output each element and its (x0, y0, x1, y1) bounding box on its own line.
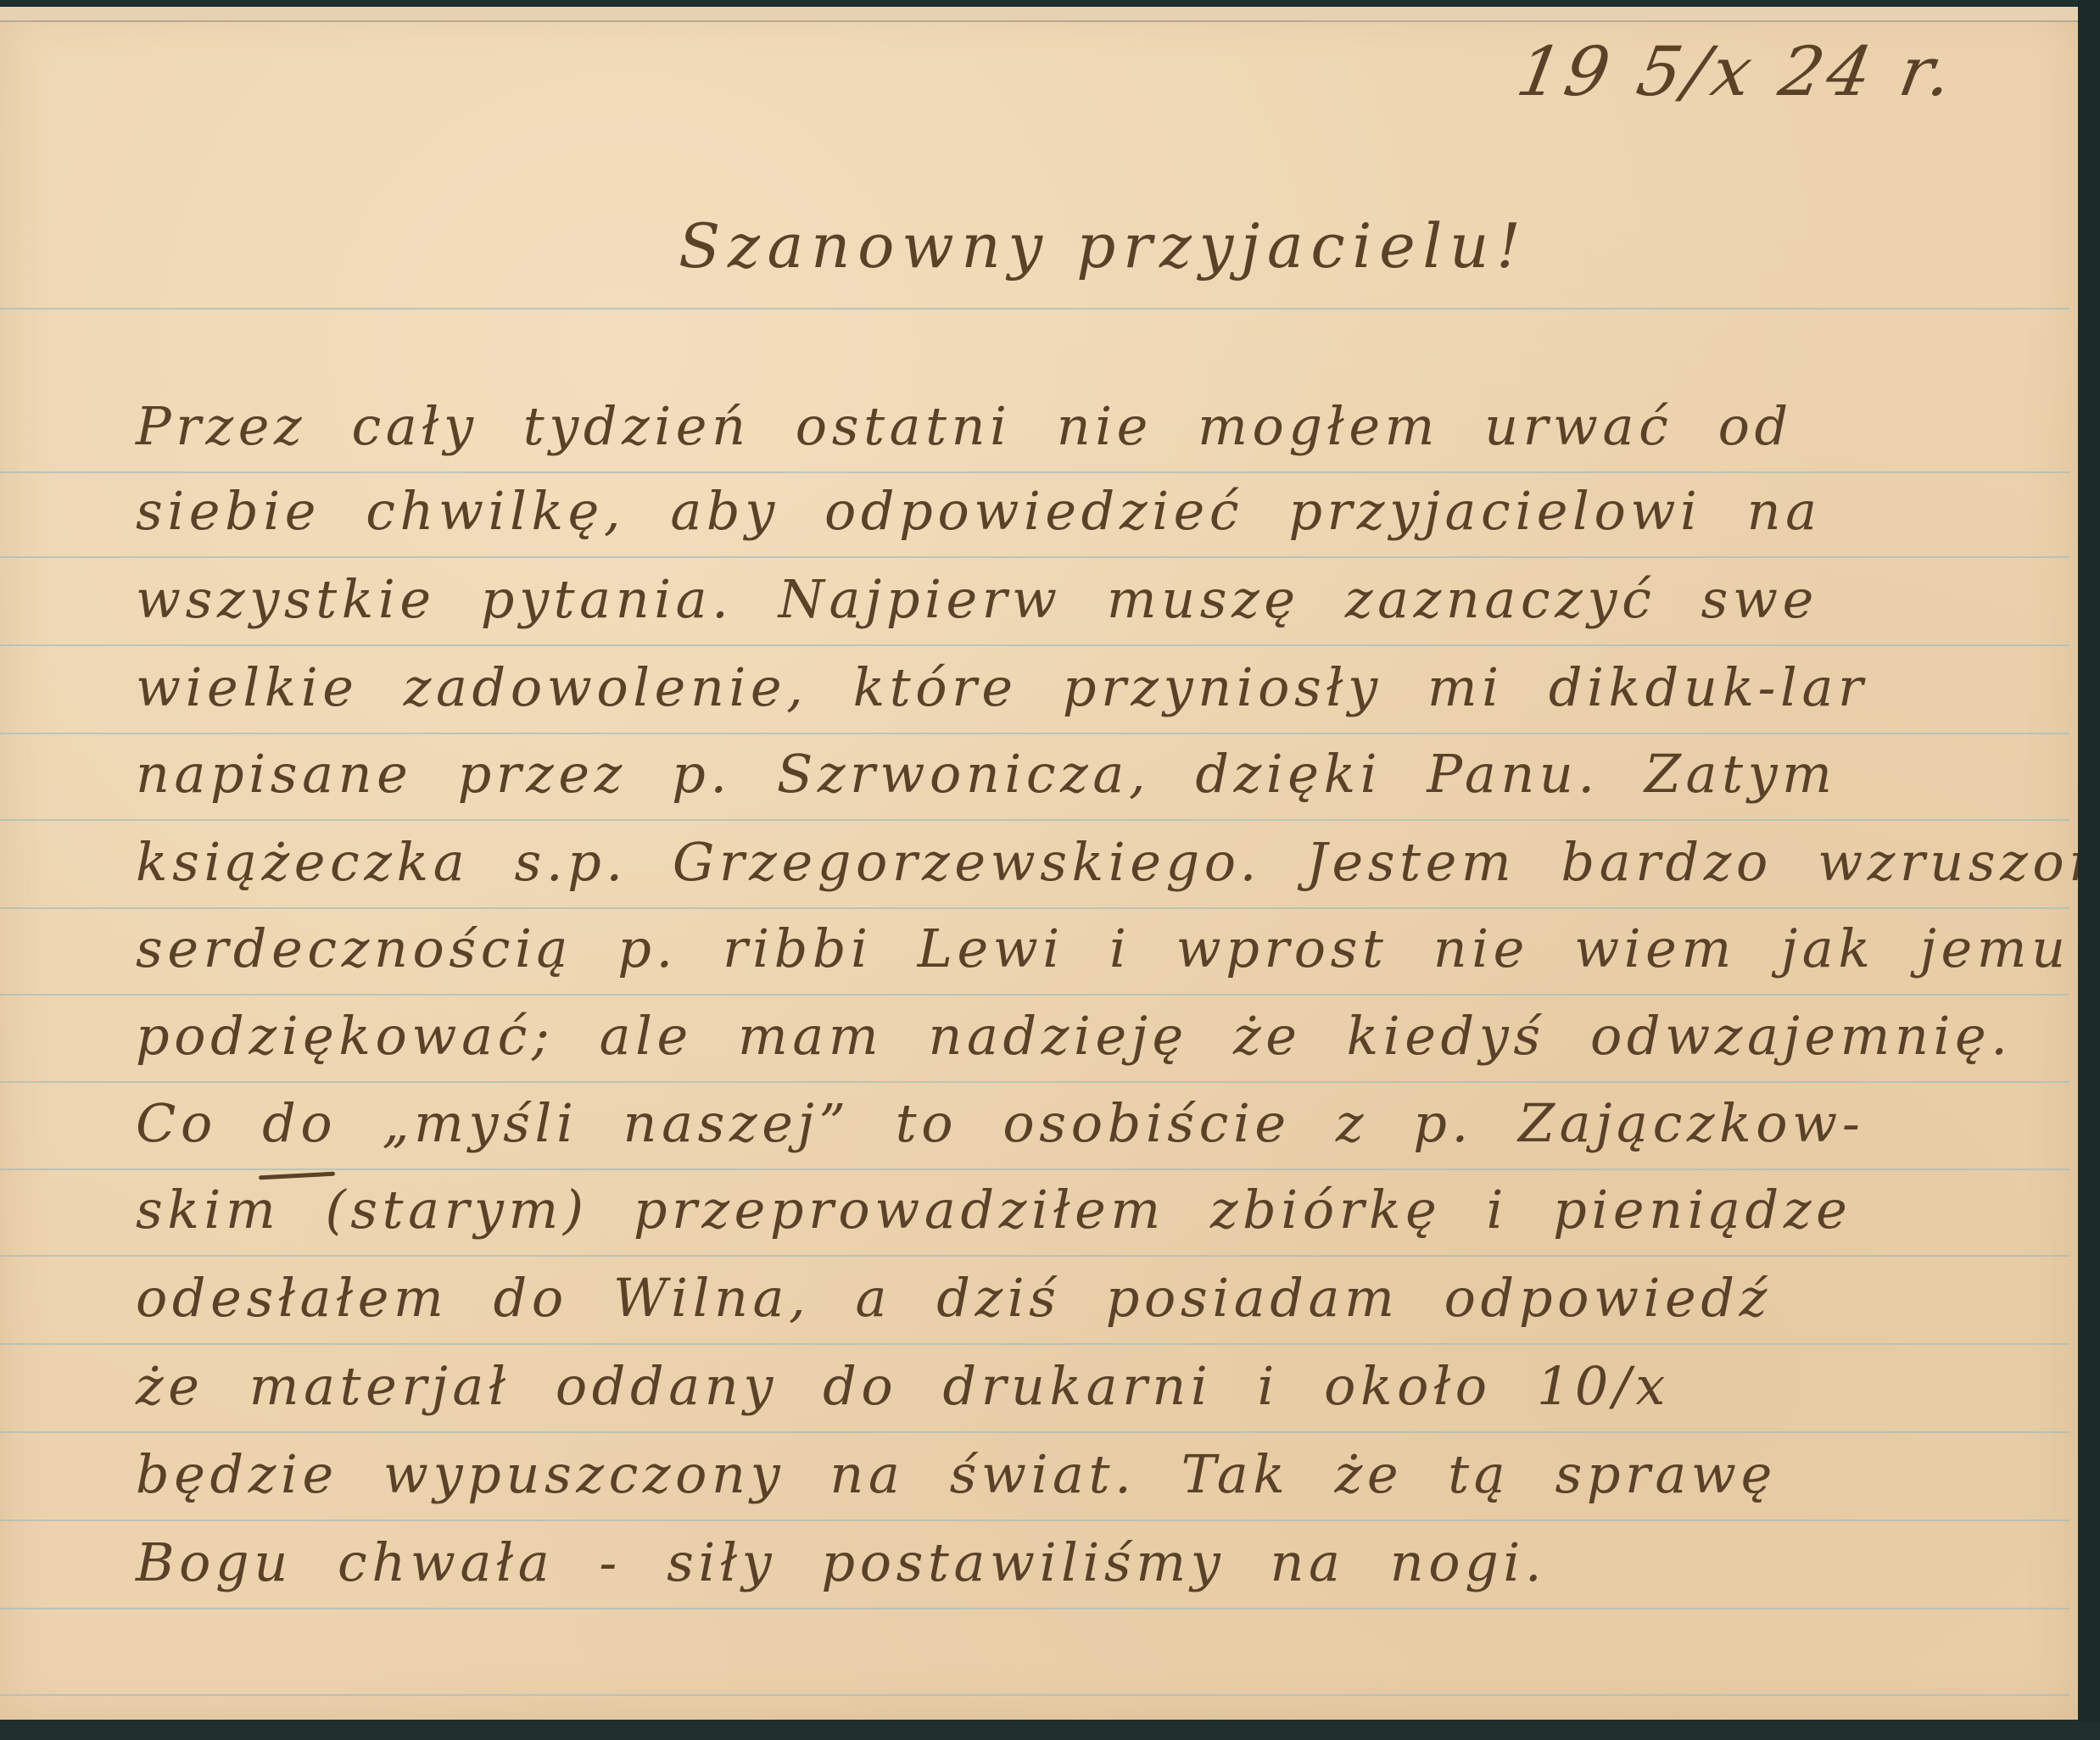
ruled-line (0, 1168, 2069, 1170)
document-frame: 19 5/x 24 r. Szanowny przyjacielu! Przez… (0, 0, 2100, 1740)
letter-line-11: odesłałem do Wilna, a dziś posiadam odpo… (136, 1267, 1772, 1329)
letter-line-1: Przez cały tydzień ostatni nie mogłem ur… (136, 395, 1793, 457)
ruled-line (0, 907, 2069, 909)
ruled-line (0, 819, 2069, 821)
ruled-line (0, 1255, 2069, 1257)
ruled-line (0, 644, 2069, 646)
letter-line-9: Co do „myśli naszej” to osobiście z p. Z… (136, 1092, 1864, 1154)
ruled-line (0, 308, 2069, 310)
ruled-line (0, 1343, 2069, 1345)
ruled-line (0, 1081, 2069, 1083)
letter-line-7: serdecznością p. ribbi Lewi i wprost nie… (136, 917, 2070, 979)
ruled-line (0, 556, 2069, 558)
letter-line-5: napisane przez p. Szrwonicza, dzięki Pan… (136, 743, 1837, 805)
ruled-line (0, 1608, 2069, 1609)
letter-line-2: siebie chwilkę, aby odpowiedzieć przyjac… (136, 480, 1822, 542)
letter-line-13: będzie wypuszczony na świat. Tak że tą s… (136, 1443, 1777, 1505)
ruled-line (0, 1431, 2069, 1433)
ruled-line (0, 1694, 2069, 1696)
ruled-line (0, 1520, 2069, 1521)
letter-line-12: że materjał oddany do drukarni i około 1… (136, 1355, 1670, 1417)
paper-top-edge (0, 7, 2078, 22)
ruled-line (0, 994, 2069, 995)
letter-line-8: podziękować; ale mam nadzieję że kiedyś … (136, 1005, 2013, 1067)
letter-paper: 19 5/x 24 r. Szanowny przyjacielu! Przez… (0, 7, 2078, 1720)
letter-line-4: wielkie zadowolenie, które przyniosły mi… (136, 656, 1868, 718)
ruled-line (0, 471, 2069, 473)
letter-line-3: wszystkie pytania. Najpierw muszę zaznac… (136, 568, 1818, 630)
letter-salutation: Szanowny przyjacielu! (679, 210, 1528, 282)
letter-line-10: skim (starym) przeprowadziłem zbiórkę i … (136, 1179, 1851, 1241)
letter-line-14: Bogu chwała - siły postawiliśmy na nogi. (136, 1531, 1546, 1593)
letter-date: 19 5/x 24 r. (1511, 32, 1963, 111)
ruled-line (0, 733, 2069, 734)
right-border (2078, 0, 2100, 1740)
bottom-border (0, 1721, 2100, 1740)
letter-line-6: książeczka s.p. Grzegorzewskiego. Jestem… (136, 831, 2100, 893)
